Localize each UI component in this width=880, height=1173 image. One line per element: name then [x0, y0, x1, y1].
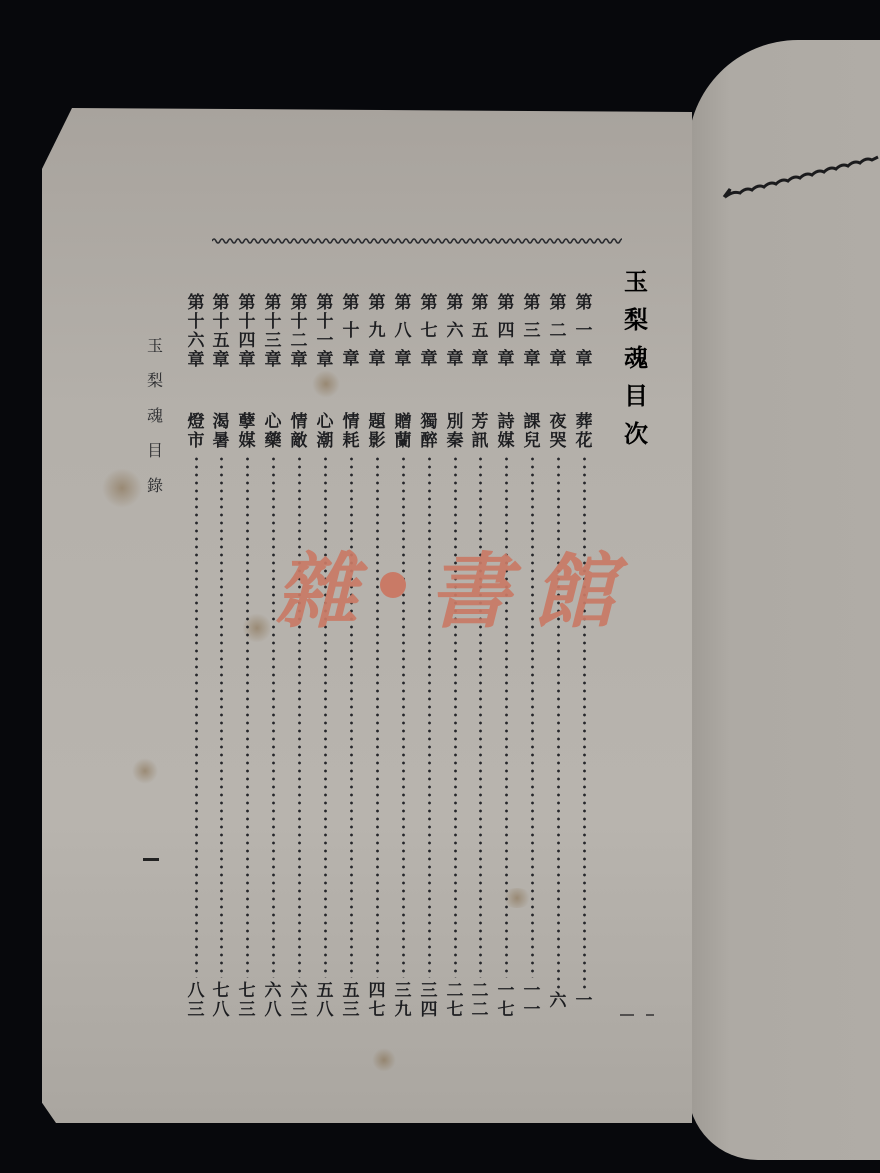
chapter-label-char: 第	[496, 294, 516, 313]
title-char: 目	[622, 377, 650, 415]
page-number-char: 八	[315, 1001, 335, 1020]
chapter-name: 別秦	[445, 413, 465, 451]
chapter-label-char: 第	[367, 294, 387, 313]
chapter-label-char: 十	[211, 313, 231, 332]
page-number-char: 八	[263, 1001, 283, 1020]
page-number: 三九	[393, 982, 413, 1020]
chapter-name-char: 贈	[393, 413, 413, 432]
chapter-label-char: 十	[263, 313, 283, 332]
page-number-char: 六	[548, 992, 568, 1011]
chapter-label-char: 章	[419, 350, 439, 369]
chapter-name-char: 耗	[341, 432, 361, 451]
chapter-label-char: 五	[211, 332, 231, 351]
chapter-name: 詩媒	[496, 413, 516, 451]
foxing-stain	[312, 370, 340, 398]
chapter-name-char: 獨	[419, 413, 439, 432]
chapter-label-char: 第	[470, 294, 490, 313]
running-head-char: 目	[145, 433, 165, 468]
chapter-name-char: 敵	[289, 432, 309, 451]
watermark-dot	[380, 572, 406, 598]
chapter-name-char: 暑	[211, 432, 231, 451]
chapter-name-char: 哭	[548, 432, 568, 451]
chapter-name: 芳訊	[470, 413, 490, 451]
page-number: 七八	[211, 982, 231, 1020]
chapter-name-char: 芳	[470, 413, 490, 432]
chapter-name-char: 別	[445, 413, 465, 432]
chapter-label-char: 第	[548, 294, 568, 313]
chapter-name-char: 藥	[263, 432, 283, 451]
page-number-char: 七	[211, 982, 231, 1001]
page-number-char: 三	[341, 1001, 361, 1020]
chapter-label-char: 第	[574, 294, 594, 313]
chapter-label: 第十六章	[186, 294, 206, 370]
folio-page-number	[143, 858, 159, 861]
chapter-name-char: 花	[574, 432, 594, 451]
chapter-label-char: 一	[315, 332, 335, 351]
chapter-name: 心潮	[315, 413, 335, 451]
title-char: 玉	[622, 263, 650, 301]
chapter-label-char: 四	[237, 332, 257, 351]
chapter-name: 心藥	[263, 413, 283, 451]
chapter-label-char: 六	[186, 332, 206, 351]
chapter-label-char: 八	[393, 322, 413, 341]
page-number-char: 八	[211, 1001, 231, 1020]
running-head-char: 魂	[145, 398, 165, 433]
chapter-label: 第十一章	[315, 294, 335, 370]
chapter-label-char: 章	[237, 351, 257, 370]
chapter-label-char: 章	[393, 350, 413, 369]
chapter-name-char: 潮	[315, 432, 335, 451]
chapter-label-char: 第	[315, 294, 335, 313]
chapter-name: 情敵	[289, 413, 309, 451]
chapter-name: 渴暑	[211, 413, 231, 451]
page-number: 一一	[522, 982, 542, 1020]
page-number-char: 三	[419, 982, 439, 1001]
chapter-label-char: 第	[522, 294, 542, 313]
leader-dots	[220, 455, 223, 978]
page-number-char: 八	[186, 982, 206, 1001]
page-number-char: 三	[289, 1001, 309, 1020]
chapter-label-char: 章	[211, 351, 231, 370]
page-number-char: 一	[522, 982, 542, 1001]
chapter-label-char: 章	[186, 351, 206, 370]
chapter-label: 第十五章	[211, 294, 231, 370]
chapter-name-char: 燈	[186, 413, 206, 432]
chapter-label-char: 第	[341, 294, 361, 313]
chapter-name: 課兒	[522, 413, 542, 451]
page-number: 一七	[496, 982, 516, 1020]
chapter-label: 第一章	[574, 294, 594, 369]
chapter-label-char: 六	[445, 322, 465, 341]
chapter-label: 第十二章	[289, 294, 309, 370]
page-number: 六	[548, 992, 568, 1011]
watermark-char: 館	[533, 527, 615, 644]
chapter-label: 第二章	[548, 294, 568, 369]
decorative-wavy-rule	[212, 236, 622, 246]
chapter-label-char: 第	[186, 294, 206, 313]
chapter-label-char: 第	[237, 294, 257, 313]
chapter-label-char: 十	[315, 313, 335, 332]
chapter-name-char: 影	[367, 432, 387, 451]
chapter-name-char: 孽	[237, 413, 257, 432]
page-number: 五八	[315, 982, 335, 1020]
leader-dots	[246, 455, 249, 978]
chapter-label-char: 第	[445, 294, 465, 313]
chapter-label: 第十三章	[263, 294, 283, 370]
watermark-char: 雜	[275, 527, 357, 644]
title-char: 次	[622, 415, 650, 453]
chapter-name-char: 心	[315, 413, 335, 432]
chapter-label-char: 章	[496, 350, 516, 369]
page-number: 二七	[445, 982, 465, 1020]
page-number-char: 一	[574, 992, 594, 1011]
running-head-char: 玉	[145, 328, 165, 363]
foxing-stain	[102, 468, 142, 508]
facing-page-wavy-rule	[722, 145, 880, 205]
chapter-label-char: 三	[263, 332, 283, 351]
page-number-char: 五	[315, 982, 335, 1001]
page-number-char: 四	[419, 1001, 439, 1020]
chapter-name-char: 詩	[496, 413, 516, 432]
running-head-char: 梨	[145, 363, 165, 398]
page-number-char: 一	[496, 982, 516, 1001]
chapter-label-char: 第	[393, 294, 413, 313]
title-char: 梨	[622, 301, 650, 339]
leader-dots	[195, 455, 198, 978]
chapter-name-char: 兒	[522, 432, 542, 451]
chapter-label-char: 第	[263, 294, 283, 313]
chapter-label: 第六章	[445, 294, 465, 369]
page-number-char: 六	[289, 982, 309, 1001]
chapter-name-char: 情	[341, 413, 361, 432]
chapter-label-char: 第	[419, 294, 439, 313]
chapter-label-char: 章	[289, 351, 309, 370]
chapter-label-char: 章	[315, 351, 335, 370]
chapter-label-char: 章	[341, 350, 361, 369]
watermark-stamp: 雜 書 館	[275, 530, 615, 640]
chapter-label-char: 三	[522, 322, 542, 341]
page-number-char: 二	[445, 982, 465, 1001]
chapter-label-char: 第	[211, 294, 231, 313]
facing-page	[688, 40, 880, 1160]
stray-mark	[620, 1013, 660, 1017]
chapter-label-char: 九	[367, 322, 387, 341]
chapter-name-char: 蘭	[393, 432, 413, 451]
page-number: 二二	[470, 982, 490, 1020]
chapter-label-char: 十	[186, 313, 206, 332]
page-number: 一	[574, 992, 594, 1011]
chapter-name-char: 秦	[445, 432, 465, 451]
title-char: 魂	[622, 339, 650, 377]
chapter-label-char: 章	[574, 350, 594, 369]
chapter-label: 第八章	[393, 294, 413, 369]
chapter-label-char: 二	[289, 332, 309, 351]
chapter-label-char: 章	[263, 351, 283, 370]
page-number-char: 七	[496, 1001, 516, 1020]
chapter-name-char: 情	[289, 413, 309, 432]
chapter-label: 第十章	[341, 294, 361, 369]
page-number: 五三	[341, 982, 361, 1020]
page-number-char: 二	[470, 982, 490, 1001]
foxing-stain	[372, 1048, 396, 1072]
chapter-label: 第四章	[496, 294, 516, 369]
page-number-char: 六	[263, 982, 283, 1001]
chapter-name: 獨醉	[419, 413, 439, 451]
chapter-name: 孽媒	[237, 413, 257, 451]
chapter-label: 第七章	[419, 294, 439, 369]
chapter-name: 情耗	[341, 413, 361, 451]
chapter-name-char: 題	[367, 413, 387, 432]
page-number: 四七	[367, 982, 387, 1020]
chapter-name-char: 媒	[496, 432, 516, 451]
page-number: 六八	[263, 982, 283, 1020]
chapter-name-char: 市	[186, 432, 206, 451]
running-head-char: 錄	[145, 468, 165, 503]
chapter-name: 夜哭	[548, 413, 568, 451]
chapter-label-char: 第	[289, 294, 309, 313]
watermark-char: 書	[428, 527, 510, 644]
page-number-char: 三	[393, 982, 413, 1001]
chapter-name: 燈市	[186, 413, 206, 451]
page-number-char: 三	[186, 1001, 206, 1020]
toc-title: 玉 梨 魂 目 次	[622, 263, 650, 453]
chapter-name-char: 心	[263, 413, 283, 432]
chapter-name-char: 夜	[548, 413, 568, 432]
chapter-label: 第三章	[522, 294, 542, 369]
page-number-char: 七	[445, 1001, 465, 1020]
chapter-label-char: 十	[237, 313, 257, 332]
page-number-char: 五	[341, 982, 361, 1001]
page-number-char: 一	[522, 1001, 542, 1020]
page-number: 六三	[289, 982, 309, 1020]
chapter-label: 第九章	[367, 294, 387, 369]
page-number: 三四	[419, 982, 439, 1020]
chapter-label-char: 七	[419, 322, 439, 341]
chapter-name-char: 訊	[470, 432, 490, 451]
chapter-name-char: 葬	[574, 413, 594, 432]
chapter-label: 第五章	[470, 294, 490, 369]
chapter-label-char: 四	[496, 322, 516, 341]
foxing-stain	[132, 758, 158, 784]
page-number-char: 三	[237, 1001, 257, 1020]
page-number-char: 七	[237, 982, 257, 1001]
page-number: 八三	[186, 982, 206, 1020]
chapter-label-char: 一	[574, 322, 594, 341]
page-number-char: 九	[393, 1001, 413, 1020]
chapter-label-char: 章	[445, 350, 465, 369]
chapter-name: 葬花	[574, 413, 594, 451]
chapter-label: 第十四章	[237, 294, 257, 370]
page-number-char: 四	[367, 982, 387, 1001]
chapter-name-char: 醉	[419, 432, 439, 451]
running-head: 玉 梨 魂 目 錄	[145, 328, 165, 503]
chapter-name-char: 渴	[211, 413, 231, 432]
chapter-label-char: 章	[548, 350, 568, 369]
chapter-name: 贈蘭	[393, 413, 413, 451]
page-number-char: 二	[470, 1001, 490, 1020]
chapter-label-char: 五	[470, 322, 490, 341]
chapter-name: 題影	[367, 413, 387, 451]
chapter-name-char: 媒	[237, 432, 257, 451]
chapter-label-char: 十	[289, 313, 309, 332]
chapter-label-char: 二	[548, 322, 568, 341]
page-number-char: 七	[367, 1001, 387, 1020]
page-number: 七三	[237, 982, 257, 1020]
chapter-label-char: 章	[470, 350, 490, 369]
chapter-label-char: 章	[367, 350, 387, 369]
chapter-label-char: 章	[522, 350, 542, 369]
chapter-label-char: 十	[341, 322, 361, 341]
chapter-name-char: 課	[522, 413, 542, 432]
